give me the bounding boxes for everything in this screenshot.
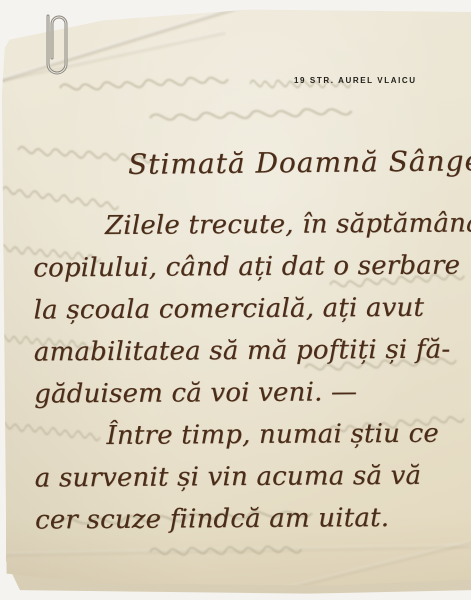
fold-crease xyxy=(0,544,471,557)
fold-crease xyxy=(437,0,471,35)
body-line: copilului, când ați dat o serbare xyxy=(33,245,463,290)
body-line: Între timp, numai știu ce xyxy=(34,412,464,457)
body-line: cer scuze fiindcă am uitat. xyxy=(35,496,465,541)
body-line: la școala comercială, ați avut xyxy=(33,287,463,332)
photo-of-letter: 19 STR. AUREL VLAICU Stimată Doamnă Sâng… xyxy=(0,0,471,600)
body-line: Zilele trecute, în săptămâna xyxy=(33,203,463,248)
letterhead-address: 19 STR. AUREL VLAICU xyxy=(294,76,417,85)
body-line: amabilitatea să mă poftiți și fă- xyxy=(34,329,464,374)
body-line: găduisem că voi veni. — xyxy=(34,370,464,415)
paper-sheet: 19 STR. AUREL VLAICU Stimată Doamnă Sâng… xyxy=(0,0,471,600)
paperclip-icon xyxy=(36,8,76,84)
salutation-line: Stimată Doamnă Sânger xyxy=(128,144,471,181)
letter-body: Zilele trecute, în săptămâna copilului, … xyxy=(33,203,465,542)
fold-crease xyxy=(0,0,211,16)
body-line: a survenit și vin acuma să vă xyxy=(35,454,465,499)
